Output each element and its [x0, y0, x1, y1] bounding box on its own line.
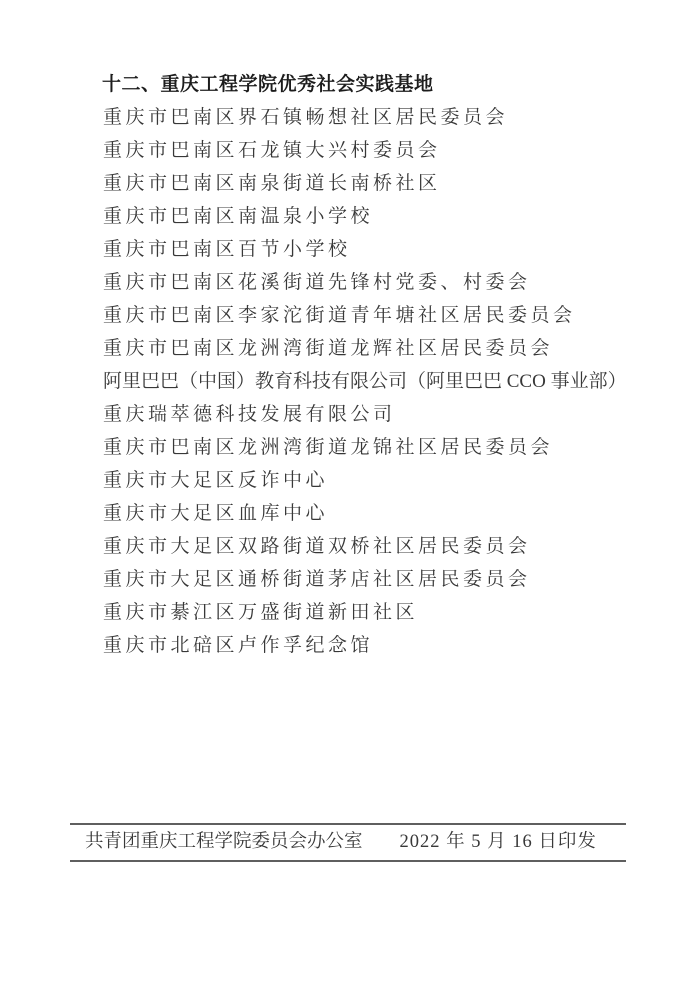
list-item: 重庆市巴南区龙洲湾街道龙锦社区居民委员会: [103, 431, 627, 464]
list-item: 重庆市巴南区花溪街道先锋村党委、村委会: [103, 266, 627, 299]
issuing-office-label: 共青团重庆工程学院委员会办公室: [85, 829, 363, 856]
practice-base-list: 重庆市巴南区界石镇畅想社区居民委员会 重庆市巴南区石龙镇大兴村委员会 重庆市巴南…: [103, 101, 627, 662]
list-item: 重庆市巴南区南温泉小学校: [103, 200, 627, 233]
list-item: 重庆市北碚区卢作孚纪念馆: [103, 629, 627, 662]
list-item: 重庆市巴南区李家沱街道青年塘社区居民委员会: [103, 299, 627, 332]
list-item: 重庆市巴南区龙洲湾街道龙辉社区居民委员会: [103, 332, 627, 365]
list-item: 重庆市巴南区石龙镇大兴村委员会: [103, 134, 627, 167]
footer-imprint: 共青团重庆工程学院委员会办公室 2022 年 5 月 16 日印发: [85, 829, 597, 856]
list-item: 重庆市巴南区南泉街道长南桥社区: [103, 167, 627, 200]
issue-date-label: 2022 年 5 月 16 日印发: [400, 829, 597, 856]
list-item: 重庆市大足区双路街道双桥社区居民委员会: [103, 530, 627, 563]
list-item: 重庆市綦江区万盛街道新田社区: [103, 596, 627, 629]
list-item: 重庆市大足区通桥街道茅店社区居民委员会: [103, 563, 627, 596]
list-item: 重庆市大足区血库中心: [103, 497, 627, 530]
footer-bottom-rule: [70, 860, 626, 862]
section-heading: 十二、重庆工程学院优秀社会实践基地: [102, 72, 434, 98]
list-item: 重庆市大足区反诈中心: [103, 464, 627, 497]
document-page: 十二、重庆工程学院优秀社会实践基地 重庆市巴南区界石镇畅想社区居民委员会 重庆市…: [0, 0, 700, 989]
list-item: 重庆市巴南区界石镇畅想社区居民委员会: [103, 101, 627, 134]
list-item: 重庆瑞萃德科技发展有限公司: [103, 398, 627, 431]
list-item: 重庆市巴南区百节小学校: [103, 233, 627, 266]
list-item: 阿里巴巴（中国）教育科技有限公司（阿里巴巴 CCO 事业部）: [103, 365, 627, 398]
footer-top-rule: [70, 823, 626, 825]
